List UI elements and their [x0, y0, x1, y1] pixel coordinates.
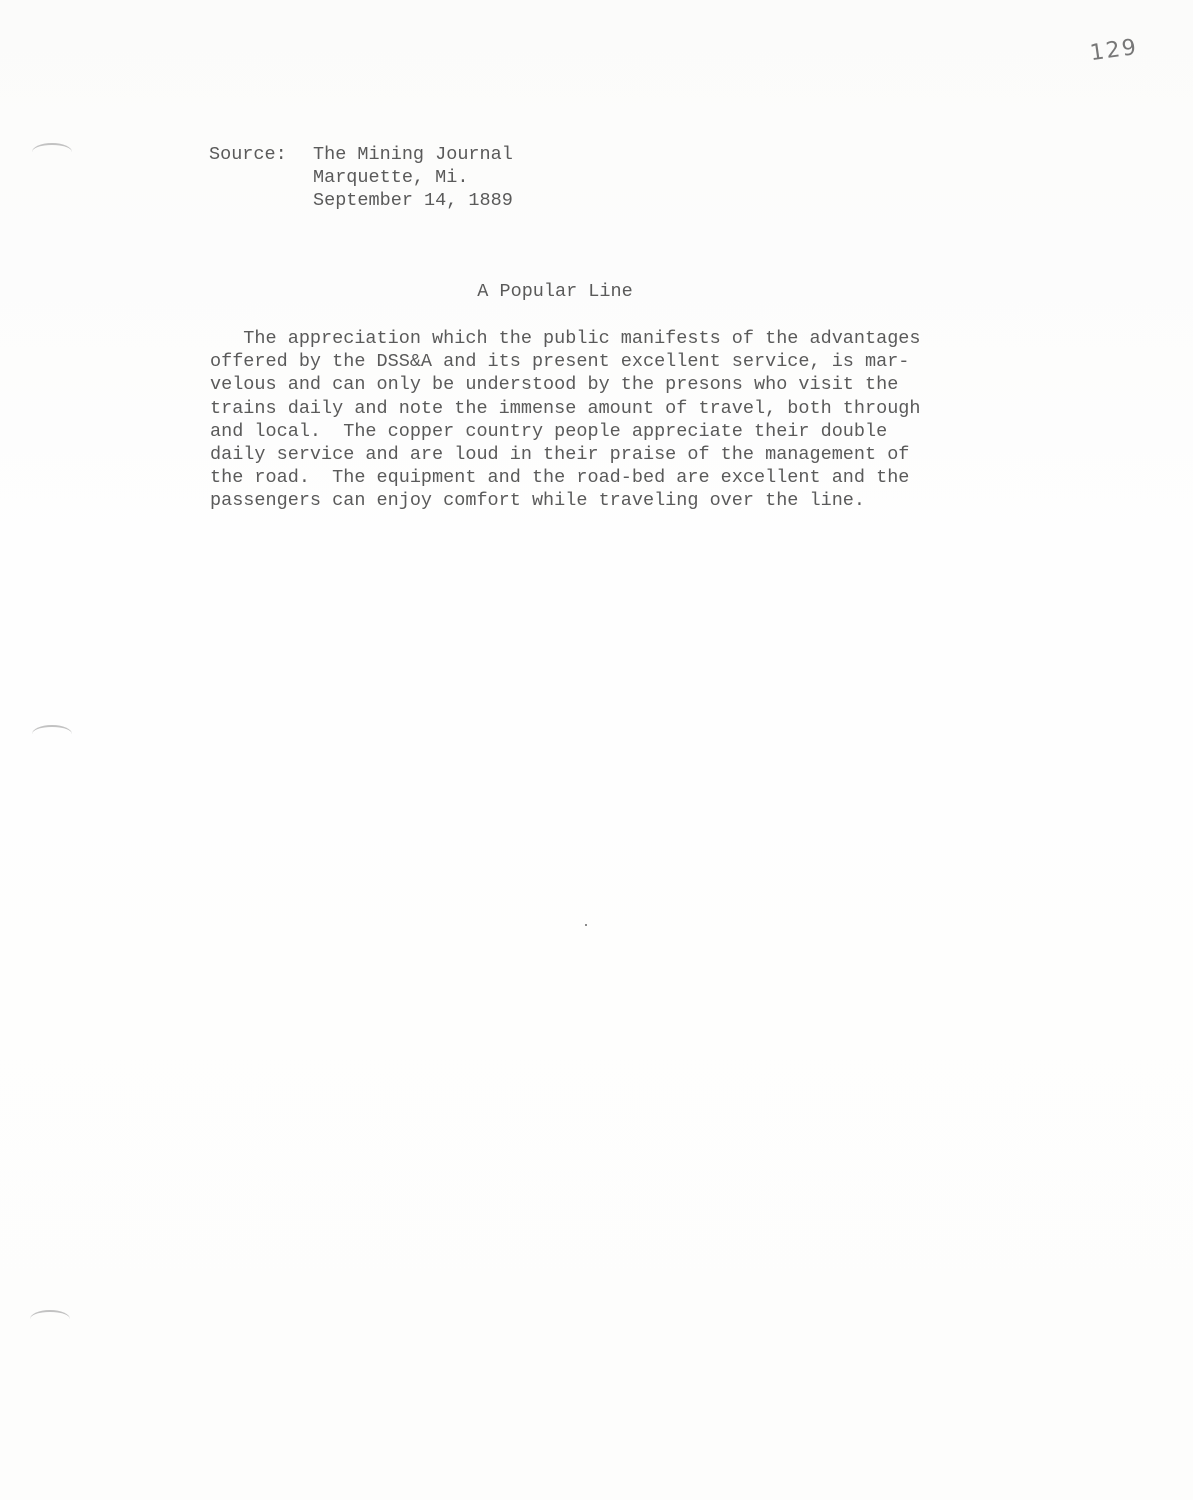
source-label: Source: [209, 143, 313, 212]
handwritten-page-number: 129 [1088, 35, 1139, 66]
article-line: offered by the DSS&A and its present exc… [210, 350, 921, 373]
article-line: velous and can only be understood by the… [210, 373, 921, 396]
source-citation: Source: The Mining Journal Marquette, Mi… [209, 143, 513, 212]
article-line: the road. The equipment and the road-bed… [210, 466, 921, 489]
stray-mark [585, 924, 587, 926]
source-details: The Mining Journal Marquette, Mi. Septem… [313, 143, 513, 212]
binder-hole-mark [32, 725, 72, 743]
article-line: daily service and are loud in their prai… [210, 443, 921, 466]
source-date: September 14, 1889 [313, 189, 513, 212]
binder-hole-mark [32, 143, 72, 161]
article-line: trains daily and note the immense amount… [210, 397, 921, 420]
article-line: and local. The copper country people app… [210, 420, 921, 443]
article-title: A Popular Line [0, 281, 1110, 302]
article-line: The appreciation which the public manife… [210, 327, 921, 350]
source-publication: The Mining Journal [313, 143, 513, 166]
binder-hole-mark [30, 1310, 70, 1328]
source-location: Marquette, Mi. [313, 166, 513, 189]
document-page: 129 Source: The Mining Journal Marquette… [0, 0, 1193, 1500]
article-line: passengers can enjoy comfort while trave… [210, 489, 921, 512]
article-body: The appreciation which the public manife… [210, 327, 921, 513]
